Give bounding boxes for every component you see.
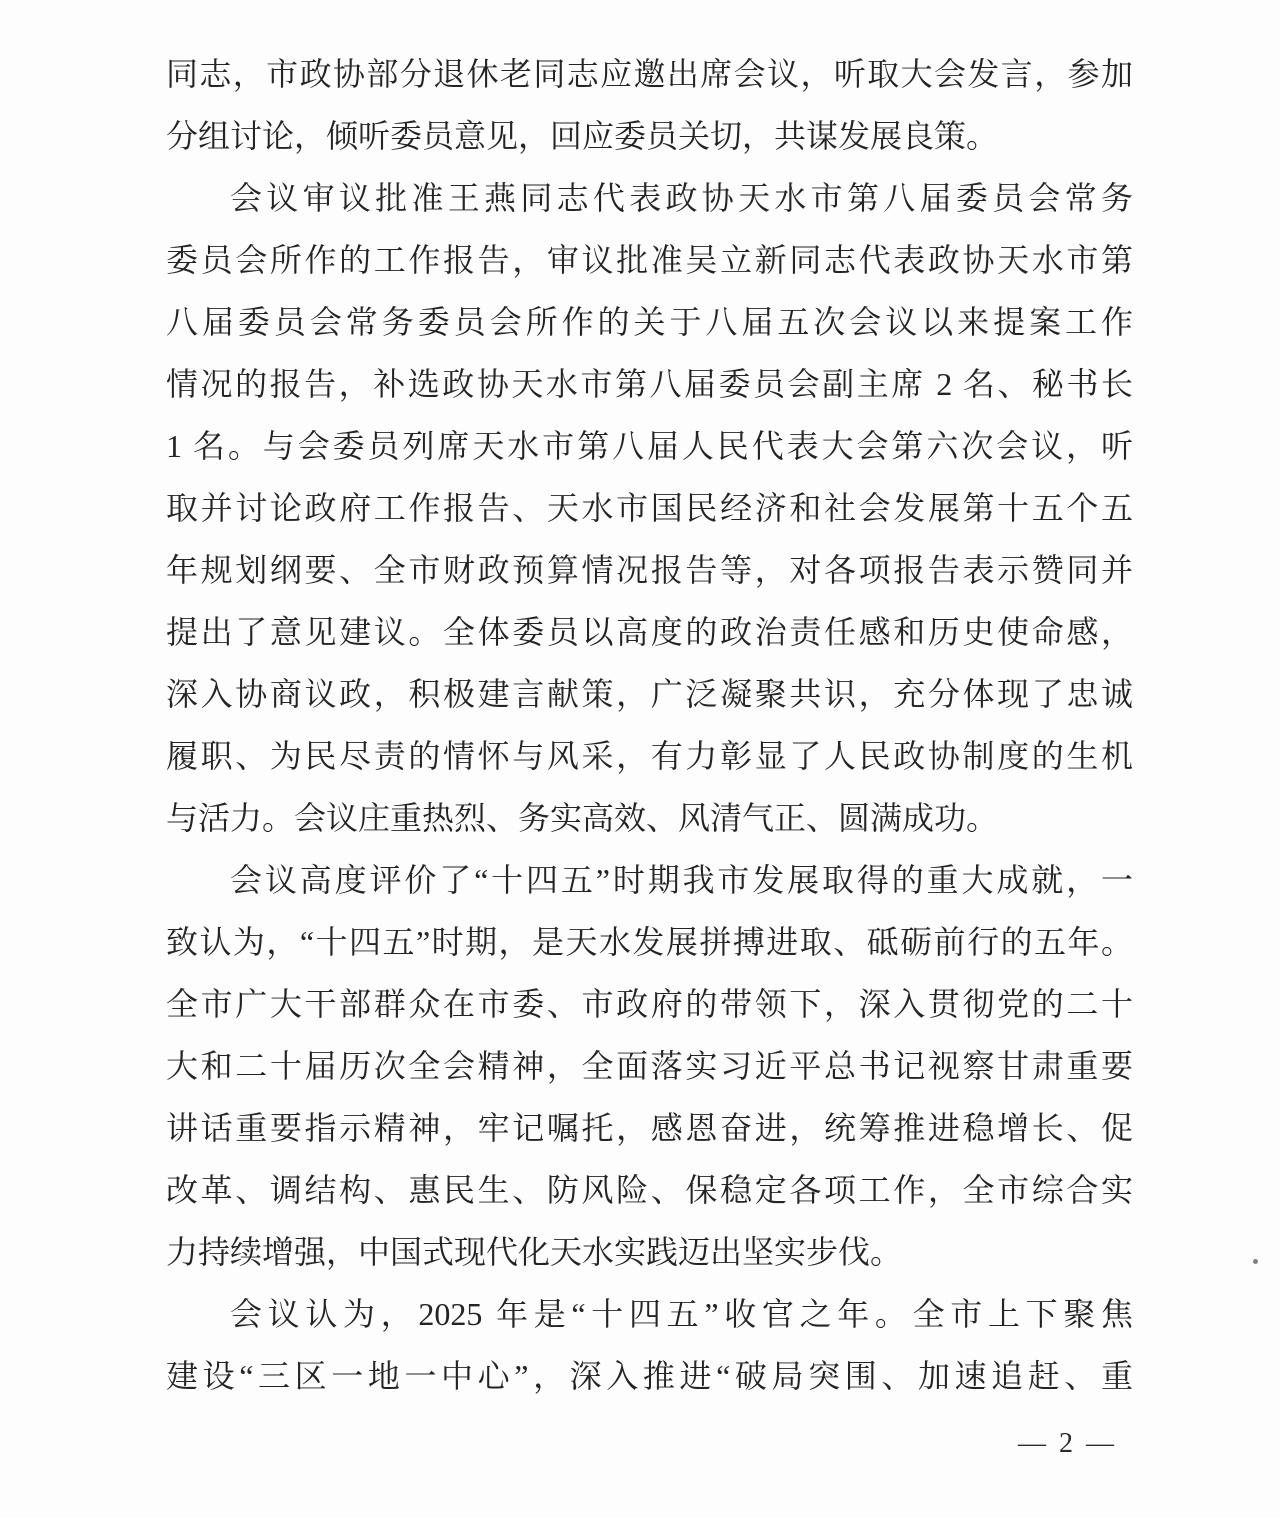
document-body: 同志，市政协部分退休老同志应邀出席会议，听取大会发言，参加分组讨论，倾听委员意见…	[166, 43, 1133, 1407]
text-line: 全市广大干部群众在市委、市政府的带领下，深入贯彻党的二十	[166, 973, 1133, 1035]
text-line: 会议高度评价了“十四五”时期我市发展取得的重大成就，一	[166, 849, 1133, 911]
text-line: 年规划纲要、全市财政预算情况报告等，对各项报告表示赞同并	[166, 539, 1133, 601]
text-line: 八届委员会常务委员会所作的关于八届五次会议以来提案工作	[166, 291, 1133, 353]
document-page: 同志，市政协部分退休老同志应邀出席会议，听取大会发言，参加分组讨论，倾听委员意见…	[0, 0, 1280, 1517]
text-line: 力持续增强，中国式现代化天水实践迈出坚实步伐。	[166, 1221, 1133, 1283]
text-line: 改革、调结构、惠民生、防风险、保稳定各项工作，全市综合实	[166, 1159, 1133, 1221]
text-line: 1 名。与会委员列席天水市第八届人民代表大会第六次会议，听	[166, 415, 1133, 477]
text-line: 大和二十届历次全会精神，全面落实习近平总书记视察甘肃重要	[166, 1035, 1133, 1097]
text-line: 同志，市政协部分退休老同志应邀出席会议，听取大会发言，参加	[166, 43, 1133, 105]
text-line: 深入协商议政，积极建言献策，广泛凝聚共识，充分体现了忠诚	[166, 663, 1133, 725]
text-line: 取并讨论政府工作报告、天水市国民经济和社会发展第十五个五	[166, 477, 1133, 539]
scan-speck	[1253, 1259, 1258, 1264]
text-line: 建设“三区一地一中心”，深入推进“破局突围、加速追赶、重	[166, 1345, 1133, 1407]
text-line: 致认为，“十四五”时期，是天水发展拼搏进取、砥砺前行的五年。	[166, 911, 1133, 973]
text-line: 会议认为，2025 年是“十四五”收官之年。全市上下聚焦	[166, 1283, 1133, 1345]
text-line: 委员会所作的工作报告，审议批准吴立新同志代表政协天水市第	[166, 229, 1133, 291]
text-line: 分组讨论，倾听委员意见，回应委员关切，共谋发展良策。	[166, 105, 1133, 167]
text-line: 讲话重要指示精神，牢记嘱托，感恩奋进，统筹推进稳增长、促	[166, 1097, 1133, 1159]
text-line: 履职、为民尽责的情怀与风采，有力彰显了人民政协制度的生机	[166, 725, 1133, 787]
text-line: 与活力。会议庄重热烈、务实高效、风清气正、圆满成功。	[166, 787, 1133, 849]
text-line: 提出了意见建议。全体委员以高度的政治责任感和历史使命感，	[166, 601, 1133, 663]
text-line: 情况的报告，补选政协天水市第八届委员会副主席 2 名、秘书长	[166, 353, 1133, 415]
page-number: — 2 —	[1018, 1426, 1117, 1462]
text-line: 会议审议批准王燕同志代表政协天水市第八届委员会常务	[166, 167, 1133, 229]
